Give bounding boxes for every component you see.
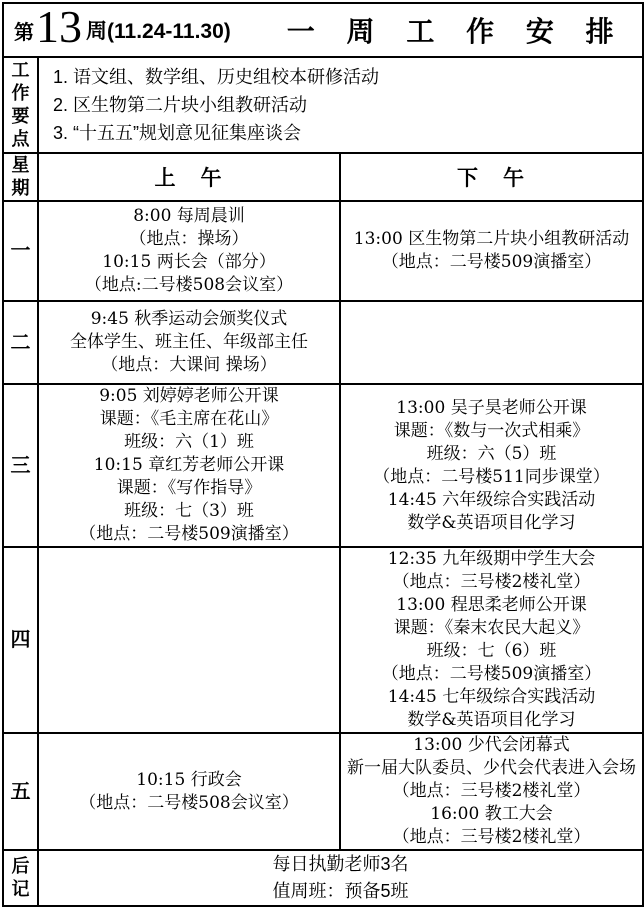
schedule-line: 全体学生、班主任、年级部主任 [39,331,339,354]
afternoon-cell [340,301,643,384]
morning-cell: 9:45 秋季运动会颁奖仪式全体学生、班主任、年级部主任（地点：大课间 操场） [38,301,340,384]
afternoon-cell: 12:35 九年级期中学生大会（地点：三号楼2楼礼堂）13:00 程思柔老师公开… [340,547,643,733]
column-header-day: 星期 [3,153,38,201]
morning-cell: 9:05 刘婷婷老师公开课课题：《毛主席在花山》班级：六（1）班10:15 章红… [38,384,340,547]
title-cell: 第 13 周(11.24-11.30) 一 周 工 作 安 排 [3,3,643,57]
schedule-line: 数学&英语项目化学习 [341,709,642,732]
schedule-line: 12:35 九年级期中学生大会 [341,548,642,571]
schedule-line: 10:15 两长会（部分） [39,251,339,274]
day-label: 一 [3,201,38,301]
schedule-line: 13:00 吴子昊老师公开课 [341,397,642,420]
schedule-line: 10:15 章红芳老师公开课 [39,454,339,477]
schedule-line: 课题：《写作指导》 [39,477,339,500]
schedule-line: （地点：三号楼2楼礼堂） [341,780,642,803]
schedule-table: 第 13 周(11.24-11.30) 一 周 工 作 安 排 工作要点 1. … [2,2,644,907]
schedule-line: （地点:二号楼508会议室） [39,274,339,297]
schedule-line: 课题：《秦末农民大起义》 [341,617,642,640]
title-row: 第 13 周(11.24-11.30) 一 周 工 作 安 排 [3,3,643,57]
day-label: 二 [3,301,38,384]
schedule-line: （地点：大课间 操场） [39,354,339,377]
schedule-line: （地点：三号楼2楼礼堂） [341,826,642,849]
week-range-label: 周(11.24-11.30) [86,15,231,45]
schedule-line: （地点：二号楼508会议室） [39,792,339,815]
footer-label: 后记 [3,850,38,906]
schedule-line: 班级：六（1）班 [39,431,339,454]
key-point-item: 1. 语文组、数学组、历史组校本研修活动 [53,63,642,91]
morning-cell: 8:00 每周晨训（地点：操场）10:15 两长会（部分）（地点:二号楼508会… [38,201,340,301]
schedule-line: 班级：七（6）班 [341,640,642,663]
schedule-line: 8:00 每周晨训 [39,205,339,228]
day-label: 五 [3,733,38,850]
footer-line: 每日执勤老师3名 [39,851,642,878]
key-point-item: 3. “十五五”规划意见征集座谈会 [53,119,642,147]
schedule-line: （地点：二号楼509演播室） [341,663,642,686]
key-point-item: 2. 区生物第二片块小组教研活动 [53,91,642,119]
schedule-line: 13:00 区生物第二片块小组教研活动 [341,228,642,251]
schedule-line: 数学&英语项目化学习 [341,512,642,535]
afternoon-cell: 13:00 区生物第二片块小组教研活动（地点：二号楼509演播室） [340,201,643,301]
footer-row: 后记 每日执勤老师3名值周班：预备5班 [3,850,643,906]
day-row: 三9:05 刘婷婷老师公开课课题：《毛主席在花山》班级：六（1）班10:15 章… [3,384,643,547]
key-points-label: 工作要点 [3,57,38,153]
afternoon-cell: 13:00 吴子昊老师公开课课题：《数与一次式相乘》班级：六（5）班（地点：二号… [340,384,643,547]
afternoon-cell: 13:00 少代会闭幕式新一届大队委员、少代会代表进入会场（地点：三号楼2楼礼堂… [340,733,643,850]
day-row: 二9:45 秋季运动会颁奖仪式全体学生、班主任、年级部主任（地点：大课间 操场） [3,301,643,384]
day-row: 四12:35 九年级期中学生大会（地点：三号楼2楼礼堂）13:00 程思柔老师公… [3,547,643,733]
schedule-line: 14:45 六年级综合实践活动 [341,489,642,512]
page-title: 一 周 工 作 安 排 [287,10,626,50]
column-header-afternoon: 下 午 [340,153,643,201]
week-number: 13 [36,4,82,50]
key-points-cell: 1. 语文组、数学组、历史组校本研修活动2. 区生物第二片块小组教研活动3. “… [38,57,643,153]
schedule-line: （地点：二号楼509演播室） [341,251,642,274]
schedule-line: 课题：《数与一次式相乘》 [341,420,642,443]
schedule-line: 9:05 刘婷婷老师公开课 [39,385,339,408]
week-prefix-label: 第 [14,16,34,45]
footer-cell: 每日执勤老师3名值周班：预备5班 [38,850,643,906]
schedule-line: （地点：二号楼511同步课堂） [341,466,642,489]
schedule-line: （地点：三号楼2楼礼堂） [341,571,642,594]
morning-cell [38,547,340,733]
key-points-row: 工作要点 1. 语文组、数学组、历史组校本研修活动2. 区生物第二片块小组教研活… [3,57,643,153]
schedule-line: 13:00 程思柔老师公开课 [341,594,642,617]
schedule-line: 课题：《毛主席在花山》 [39,408,339,431]
column-header-morning: 上 午 [38,153,340,201]
morning-cell: 10:15 行政会（地点：二号楼508会议室） [38,733,340,850]
schedule-line: 13:00 少代会闭幕式 [341,734,642,757]
day-label: 四 [3,547,38,733]
schedule-line: 新一届大队委员、少代会代表进入会场 [341,757,642,780]
footer-line: 值周班：预备5班 [39,878,642,905]
schedule-line: 9:45 秋季运动会颁奖仪式 [39,308,339,331]
weekly-schedule-sheet: 第 13 周(11.24-11.30) 一 周 工 作 安 排 工作要点 1. … [2,2,642,909]
day-row: 一8:00 每周晨训（地点：操场）10:15 两长会（部分）（地点:二号楼508… [3,201,643,301]
schedule-line: 14:45 七年级综合实践活动 [341,686,642,709]
schedule-line: （地点：二号楼509演播室） [39,523,339,546]
day-row: 五10:15 行政会（地点：二号楼508会议室）13:00 少代会闭幕式新一届大… [3,733,643,850]
schedule-line: 10:15 行政会 [39,769,339,792]
schedule-line: 16:00 教工大会 [341,803,642,826]
day-label: 三 [3,384,38,547]
schedule-line: 班级：七（3）班 [39,500,339,523]
schedule-line: 班级：六（5）班 [341,443,642,466]
schedule-line: （地点：操场） [39,228,339,251]
column-header-row: 星期 上 午 下 午 [3,153,643,201]
